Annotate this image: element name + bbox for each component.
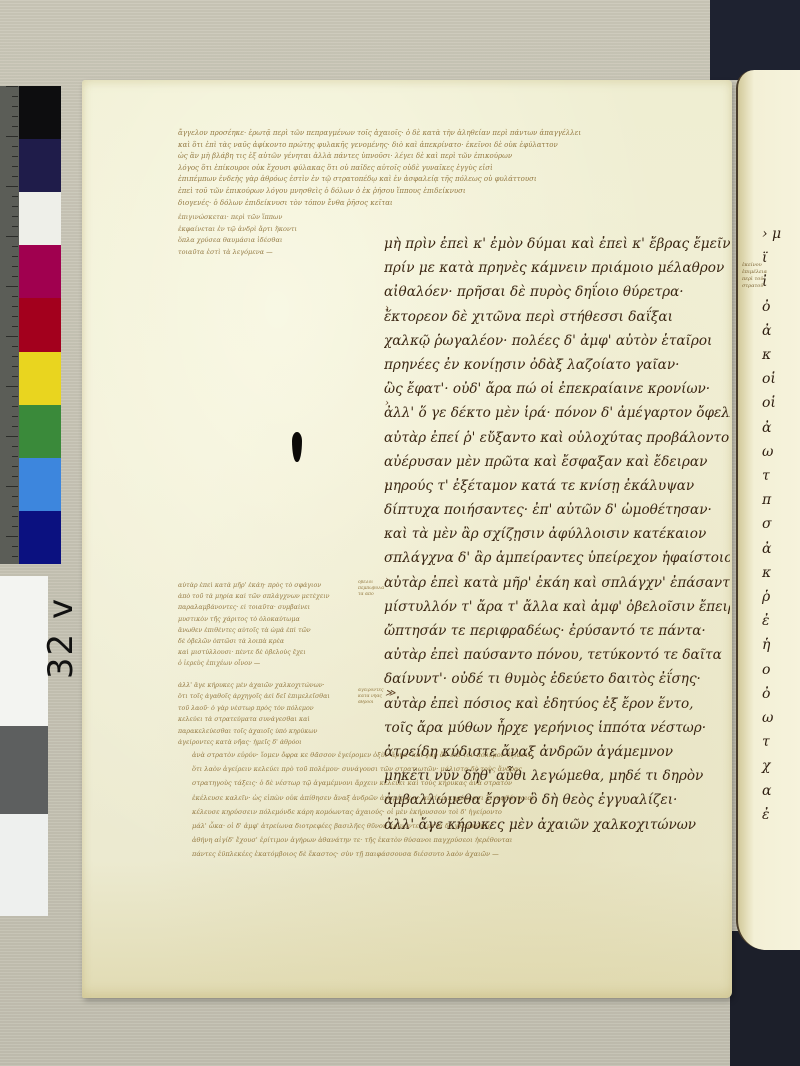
- scholia-line: ὅπλα χρύσεα θαυμάσια ἰδέσθαι: [178, 235, 343, 247]
- ruler-tick: [12, 556, 18, 557]
- verse-line: ὣς ἔφατ'· οὐδ' ἄρα πώ οἱ ἐπεκραίαινε κρο…: [384, 377, 730, 401]
- ruler-tick: [12, 156, 18, 157]
- ruler-tick: [12, 466, 18, 467]
- measurement-ruler: [0, 86, 21, 564]
- verse-line: ὤπτησάν τε περιφραδέως· ἐρύσαντό τε πάντ…: [384, 619, 730, 643]
- ruler-tick: [12, 116, 18, 117]
- folio-label-white: 32 v: [0, 576, 48, 726]
- ruler-tick: [6, 136, 18, 137]
- ruler-tick: [6, 536, 18, 537]
- ruler-tick: [6, 86, 18, 87]
- color-swatch: [19, 86, 61, 139]
- scholia-line: ἀγείροντες κατὰ νῆας· ἡμεῖς δ' ἀθρόοι: [178, 737, 353, 748]
- facing-page-line: κ: [762, 561, 771, 585]
- verse-line: μηκέτι νῦν δήθ' αὖθι λεγώμεθα, μηδέ τι δ…: [384, 764, 730, 788]
- verse-line: καὶ τὰ μὲν ἂρ σχίζῃσιν ἀφύλλοισιν κατέκα…: [384, 522, 730, 546]
- facing-page-line: ἐ: [762, 803, 770, 827]
- main-text-block: μὴ πρὶν ἐπεὶ κ' ἐμὸν δύμαι καὶ ἐπεὶ κ' ἔ…: [384, 232, 730, 837]
- margin-marker: ›: [385, 480, 389, 491]
- ruler-tick: [6, 436, 18, 437]
- scholia-line: τοῦ λαοῦ· ὁ γὰρ νέστωρ πρὸς τὸν πόλεμον: [178, 703, 353, 714]
- facing-page-line: ῥ: [762, 585, 770, 609]
- verse-line: ἕκτορεον δὲ χιτῶνα περὶ στήθεσσι δαΐξαι: [384, 305, 730, 329]
- verse-line: τοῖς ἄρα μύθων ἦρχε γερήνιος ἱππότα νέστ…: [384, 716, 730, 740]
- scholia-line: ἄνωθεν ἐπιθέντες αὐτοῖς τὰ ὠμὰ ἐπὶ τῶν: [178, 625, 353, 636]
- facing-page-line: κ: [762, 343, 771, 367]
- ruler-tick: [12, 396, 18, 397]
- scholia-line: μυστικὸν τῆς χάριτος τὸ ὁλοκαύτωμα: [178, 614, 353, 625]
- margin-marker: ›: [385, 303, 389, 314]
- verse-line: ἀλλ' ἄγε κήρυκες μὲν ἀχαιῶν χαλκοχιτώνων: [384, 813, 730, 837]
- verse-line: μηρούς τ' ἐξέταμον κατά τε κνίσῃ ἐκάλυψα…: [384, 474, 730, 498]
- ruler-tick: [12, 316, 18, 317]
- ruler-tick: [12, 256, 18, 257]
- facing-page-line: τ: [762, 730, 770, 754]
- margin-marker: ≫: [385, 688, 395, 699]
- facing-page-line: οἱ: [762, 367, 776, 391]
- facing-page-line: ω: [762, 440, 773, 464]
- facing-page-gloss: ἐκείνου: [742, 262, 762, 269]
- verse-line: αὐτὰρ ἐπεὶ πόσιος καὶ ἐδητύος ἐξ ἔρον ἕν…: [384, 692, 730, 716]
- ruler-tick: [12, 206, 18, 207]
- scholia-line: ἐπιγινώσκεται· περὶ τῶν ἵππων: [178, 212, 343, 224]
- facing-page-line: π: [762, 488, 771, 512]
- facing-page-line: τ: [762, 464, 770, 488]
- ruler-tick: [12, 356, 18, 357]
- scholia-line: παραλαμβάνοντες· εἰ τοιαῦτα· συμβαίνει: [178, 602, 353, 613]
- ruler-tick: [12, 376, 18, 377]
- ruler-tick: [12, 226, 18, 227]
- verse-line: σπλάγχνα δ' ἂρ ἀμπείραντες ὑπείρεχον ἡφα…: [384, 546, 730, 570]
- scholia-line: ὡς ἂν μὴ βλάβη τις ἐξ αὐτῶν γένηται ἀλλὰ…: [178, 151, 718, 163]
- ruler-tick: [12, 266, 18, 267]
- scholia-line: καὶ ὅτι ἐπὶ τὰς ναῦς ἀφίκοντο πρώτης φυλ…: [178, 140, 718, 152]
- verse-line: αὐτὰρ ἐπεί ῥ' εὔξαντο καὶ οὐλοχύτας προβ…: [384, 426, 730, 450]
- verse-line: μίστυλλόν τ' ἄρα τ' ἄλλα καὶ ἀμφ' ὀβελοῖ…: [384, 595, 730, 619]
- scholia-line: διογενές· ὁ δόλων ἐπιδείκνυσι τὸν τόπον …: [178, 198, 718, 210]
- ruler-tick: [12, 246, 18, 247]
- facing-page-line: ἐ: [762, 609, 770, 633]
- facing-page-gloss: ἐπιμέλεια: [742, 269, 767, 276]
- verse-line: αἰθαλόεν· πρῆσαι δὲ πυρὸς δηΐοιο θύρετρα…: [384, 280, 730, 304]
- verse-line: ἀλλ' ὅ γε δέκτο μὲν ἱρά· πόνον δ' ἀμέγαρ…: [384, 401, 730, 425]
- verse-line: ἀτρείδη κύδιστε ἄναξ ἀνδρῶν ἀγάμεμνον: [384, 740, 730, 764]
- scholia-line: καὶ μιστύλλουσι· πέντε δὲ ὀβελοὺς ἔχει: [178, 647, 353, 658]
- color-swatch: [19, 458, 61, 511]
- color-swatch: [19, 511, 61, 564]
- facing-page-line: σ: [762, 512, 772, 536]
- ruler-tick: [12, 506, 18, 507]
- ruler-tick: [12, 106, 18, 107]
- ruler-tick: [12, 296, 18, 297]
- ruler-tick: [12, 416, 18, 417]
- ruler-tick: [12, 446, 18, 447]
- verse-line: δαίνυντ'· οὐδέ τι θυμὸς ἐδεύετο δαιτὸς ἐ…: [384, 667, 730, 691]
- scholia-line: ἄγγελον προσέηκε· ἐρωτᾷ περὶ τῶν πεπραγμ…: [178, 128, 718, 140]
- dark-backdrop-top: [710, 0, 800, 80]
- ruler-tick: [12, 346, 18, 347]
- scholia-line: δὲ ὀβελῶν ὀπτῶσι τὰ λοιπὰ κρέα: [178, 636, 353, 647]
- color-swatch: [19, 352, 61, 405]
- folio-label-card: 32 v: [0, 576, 48, 916]
- ruler-tick: [6, 386, 18, 387]
- verse-line: αὐέρυσαν μὲν πρῶτα καὶ ἔσφαξαν καὶ ἔδειρ…: [384, 450, 730, 474]
- ruler-tick: [12, 546, 18, 547]
- margin-marker: ›: [385, 398, 389, 409]
- margin-marker: ›: [385, 575, 389, 586]
- color-swatch: [19, 192, 61, 245]
- ruler-tick: [12, 126, 18, 127]
- verse-line: ἀμβαλλώμεθα ἔργον ὃ δὴ θεὸς ἐγγυαλίζει·: [384, 788, 730, 812]
- ruler-tick: [12, 366, 18, 367]
- verse-line: πρίν με κατὰ πρηνὲς κάμνειν πριάμοιο μέλ…: [384, 256, 730, 280]
- scholia-line: πάντες ἐϋπλεκέες ἑκατόμβοιος δὲ ἕκαστος·…: [192, 847, 682, 861]
- white-reference-patch: [0, 814, 48, 916]
- facing-page-line: α: [762, 779, 771, 803]
- verse-line: δίπτυχα ποιήσαντες· ἐπ' αὐτῶν δ' ὠμοθέτη…: [384, 498, 730, 522]
- scholia-line: ἐκφαίνεται ἐν τῷ ἀνδρὶ ἄρτι ἥκοντι: [178, 224, 343, 236]
- facing-page-line: ἡ: [762, 633, 770, 657]
- ruler-tick: [12, 196, 18, 197]
- ruler-tick: [12, 476, 18, 477]
- ruler-tick: [12, 526, 18, 527]
- scholia-line: ὅτι τοῖς ἀγαθοῖς ἀρχηγοῖς ἀεὶ δεῖ ἐπιμελ…: [178, 691, 353, 702]
- scholia-line: κελεύει τὰ στρατεύματα συνάγεσθαι καὶ: [178, 714, 353, 725]
- ruler-tick: [12, 276, 18, 277]
- scholia-line: ἀλλ' ἄγε κήρυκες μὲν ἀχαιῶν χαλκοχιτώνων…: [178, 680, 353, 691]
- scholia-line: ἐπιπέμπων ἐνδεὴς γὰρ ἀθρόως ἐστὶν ἐν τῷ …: [178, 174, 718, 186]
- ruler-tick: [12, 406, 18, 407]
- scholia-line: ἀπὸ τοῦ τὰ μηρία καὶ τῶν σπλάγχνων μετέχ…: [178, 591, 353, 602]
- color-swatch: [19, 245, 61, 298]
- gray-reference-patch: [0, 726, 48, 814]
- ruler-tick: [12, 496, 18, 497]
- color-swatch: [19, 139, 61, 192]
- ruler-tick: [12, 166, 18, 167]
- facing-page-line: οἱ: [762, 391, 776, 415]
- verse-line: αὐτὰρ ἐπεὶ κατὰ μῆρ' ἐκάη καὶ σπλάγχν' ἐ…: [384, 571, 730, 595]
- ruler-tick: [12, 176, 18, 177]
- facing-page-line: ἀ: [762, 416, 771, 440]
- facing-page-line: › μ: [762, 222, 781, 246]
- ruler-tick: [12, 146, 18, 147]
- facing-page-gloss: στρατοῦ: [742, 283, 763, 290]
- verse-line: μὴ πρὶν ἐπεὶ κ' ἐμὸν δύμαι καὶ ἐπεὶ κ' ἔ…: [384, 232, 730, 256]
- ruler-tick: [12, 516, 18, 517]
- verse-line: αὐτὰρ ἐπεὶ παύσαντο πόνου, τετύκοντό τε …: [384, 643, 730, 667]
- ruler-tick: [12, 306, 18, 307]
- ruler-tick: [12, 326, 18, 327]
- scholia-line: ὁ ἱερεὺς ἐπιχέων οἶνον —: [178, 658, 353, 669]
- ruler-tick: [6, 236, 18, 237]
- scholia-line: τοιαῦτα ἐστὶ τὰ λεγόμενα —: [178, 247, 343, 259]
- facing-page-line: χ: [762, 754, 770, 778]
- ruler-tick: [12, 426, 18, 427]
- ruler-tick: [12, 96, 18, 97]
- facing-page-line: ω: [762, 706, 773, 730]
- verse-line: πρηνέες ἐν κονίῃσιν ὀδὰξ λαζοίατο γαῖαν·: [384, 353, 730, 377]
- verse-line: χαλκῷ ῥωγαλέον· πολέες δ' ἀμφ' αὐτὸν ἑτα…: [384, 329, 730, 353]
- ruler-tick: [6, 286, 18, 287]
- facing-page-line: ϊ: [762, 246, 768, 270]
- scholia-line: λόγος ὅτι ἐπίκουροι οὐκ ἔχουσι φύλακας ὅ…: [178, 163, 718, 175]
- facing-page-line: ἀ: [762, 319, 771, 343]
- ruler-tick: [12, 216, 18, 217]
- scholia-line: παρακελεύεσθαι τοῖς ἀχαιοῖς ὑπὸ κηρύκων: [178, 726, 353, 737]
- ruler-tick: [12, 456, 18, 457]
- facing-page-gloss: περὶ τοῦ: [742, 276, 763, 283]
- facing-page-line: ὀ: [762, 682, 770, 706]
- scholia-line: αὐτὰρ ἐπεὶ κατὰ μῆρ' ἐκάη· πρὸς τὸ σφάγι…: [178, 580, 353, 591]
- facing-page-line: ο: [762, 658, 770, 682]
- facing-page-line: ὀ: [762, 295, 770, 319]
- color-swatch: [19, 298, 61, 351]
- ruler-tick: [6, 486, 18, 487]
- folio-number: 32 v: [41, 583, 81, 693]
- ruler-tick: [6, 186, 18, 187]
- ruler-tick: [6, 336, 18, 337]
- color-calibration-bar: [19, 86, 61, 564]
- color-swatch: [19, 405, 61, 458]
- facing-page-line: ἀ: [762, 537, 771, 561]
- scholia-line: ἐπεὶ τοῦ τῶν ἐπικούρων λόγου μνησθεὶς ὁ …: [178, 186, 718, 198]
- dark-backdrop-bottom: [730, 931, 800, 1066]
